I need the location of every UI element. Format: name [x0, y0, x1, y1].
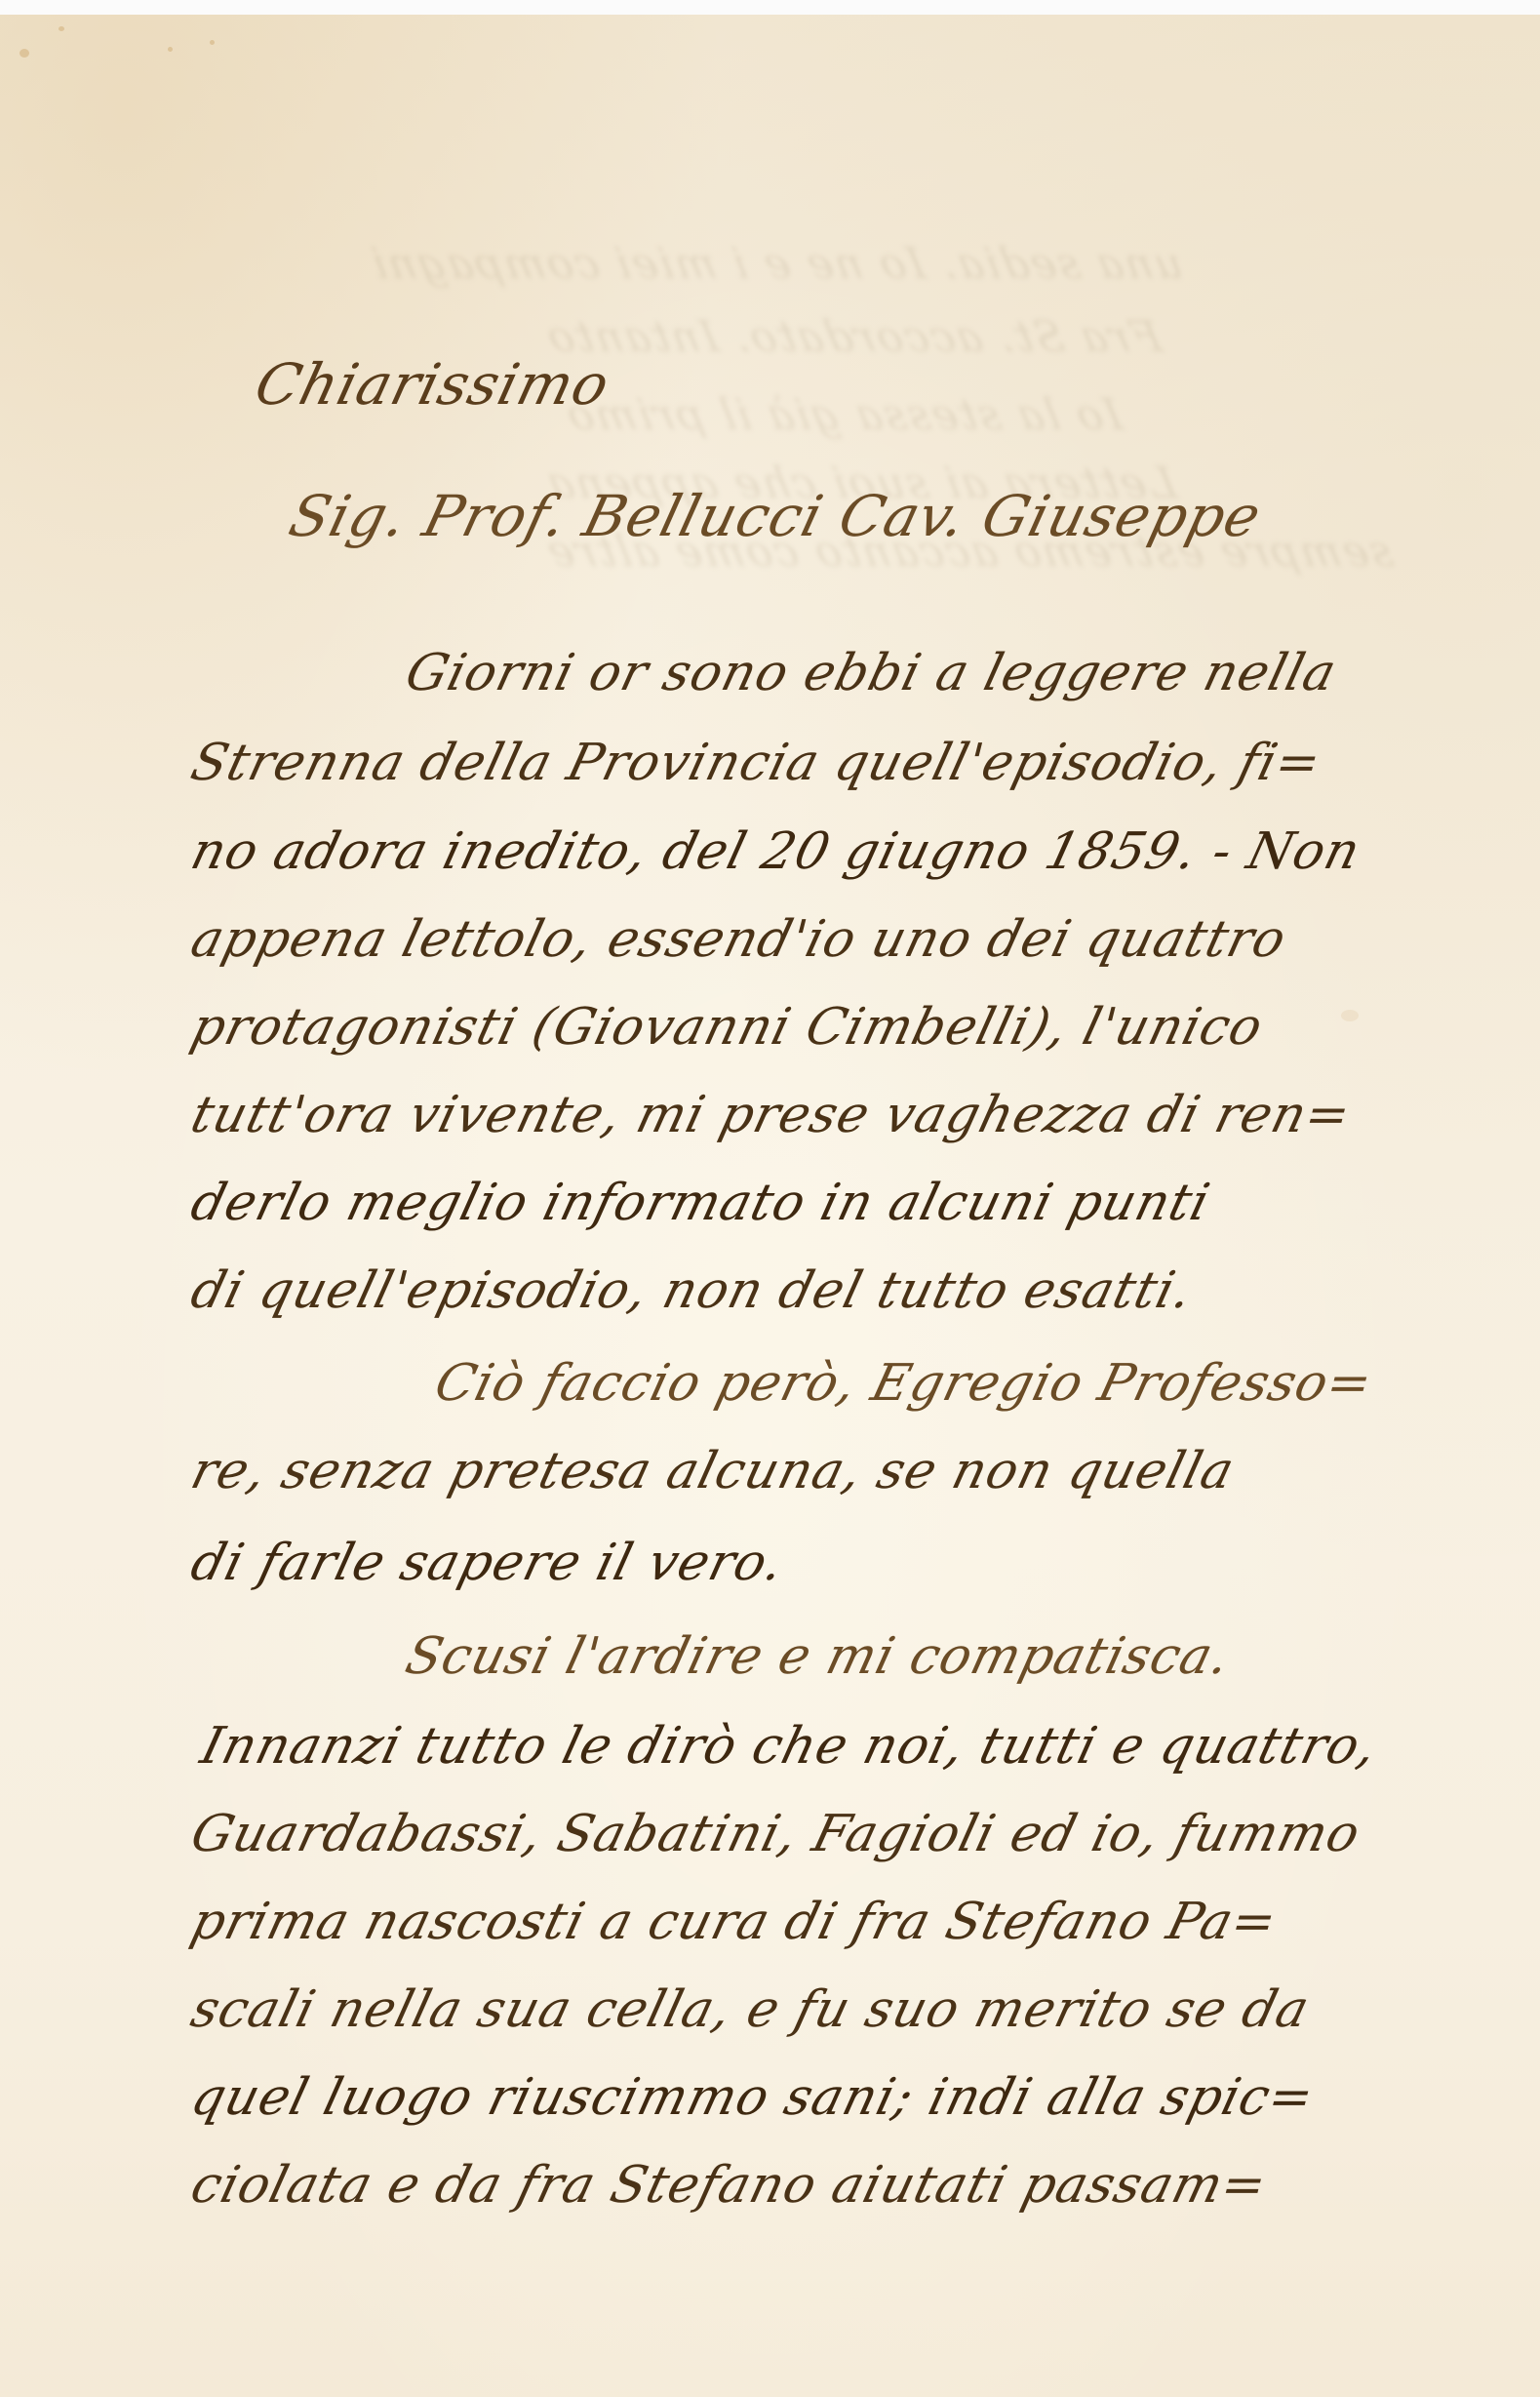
letter-line: re, senza pretesa alcuna, se non quella [185, 1442, 1241, 1500]
letter-line: Strenna della Provincia quell'episodio, … [185, 734, 1327, 792]
letter-line: quel luogo riuscimmo sani; indi alla spi… [185, 2068, 1321, 2127]
letter-line: protagonisti (Giovanni Cimbelli), l'unic… [185, 998, 1269, 1057]
foxing-spot [1341, 1010, 1359, 1021]
scan-top-margin [0, 0, 1540, 16]
letter-line: no adora inedito, del 20 giugno 1859. - … [185, 822, 1366, 881]
bleed-through-text: Io la stessa già il primo [561, 390, 1127, 440]
letter-line: Scusi l'ardire e mi compatisca. [400, 1627, 1237, 1686]
letter-line: ciolata e da fra Stefano aiutati passam= [185, 2156, 1273, 2215]
foxing-spot [20, 49, 29, 58]
letter-line: Guardabassi, Sabatini, Fagioli ed io, fu… [185, 1805, 1366, 1863]
letter-line: appena lettolo, essend'io uno dei quattr… [185, 910, 1292, 969]
foxing-spot [210, 40, 215, 45]
letter-line: Giorni or sono ebbi a leggere nella [400, 644, 1342, 702]
foxing-spot [168, 47, 173, 52]
bleed-through-text: una sedia. Io ne e i miei compagni [366, 239, 1188, 289]
bleed-through-text: Fra St. accordato. Intanto [541, 312, 1166, 362]
letter-line: tutt'ora vivente, mi prese vaghezza di r… [185, 1086, 1357, 1144]
letter-line: scali nella sua cella, e fu suo merito s… [185, 1980, 1316, 2039]
foxing-spot [59, 26, 64, 31]
salutation-recipient: Sig. Prof. Bellucci Cav. Giuseppe [283, 483, 1268, 549]
letter-line: di farle sapere il vero. [185, 1534, 790, 1592]
letter-line: Ciò faccio però, Egregio Professo= [429, 1354, 1379, 1413]
letter-line: derlo meglio informato in alcuni punti [185, 1174, 1216, 1232]
salutation-chiarissimo: Chiarissimo [249, 351, 616, 418]
letter-line: Innanzi tutto le dirò che noi, tutti e q… [195, 1717, 1383, 1776]
letter-line: prima nascosti a cura di fra Stefano Pa= [185, 1893, 1283, 1951]
letter-line: di quell'episodio, non del tutto esatti. [185, 1261, 1199, 1320]
